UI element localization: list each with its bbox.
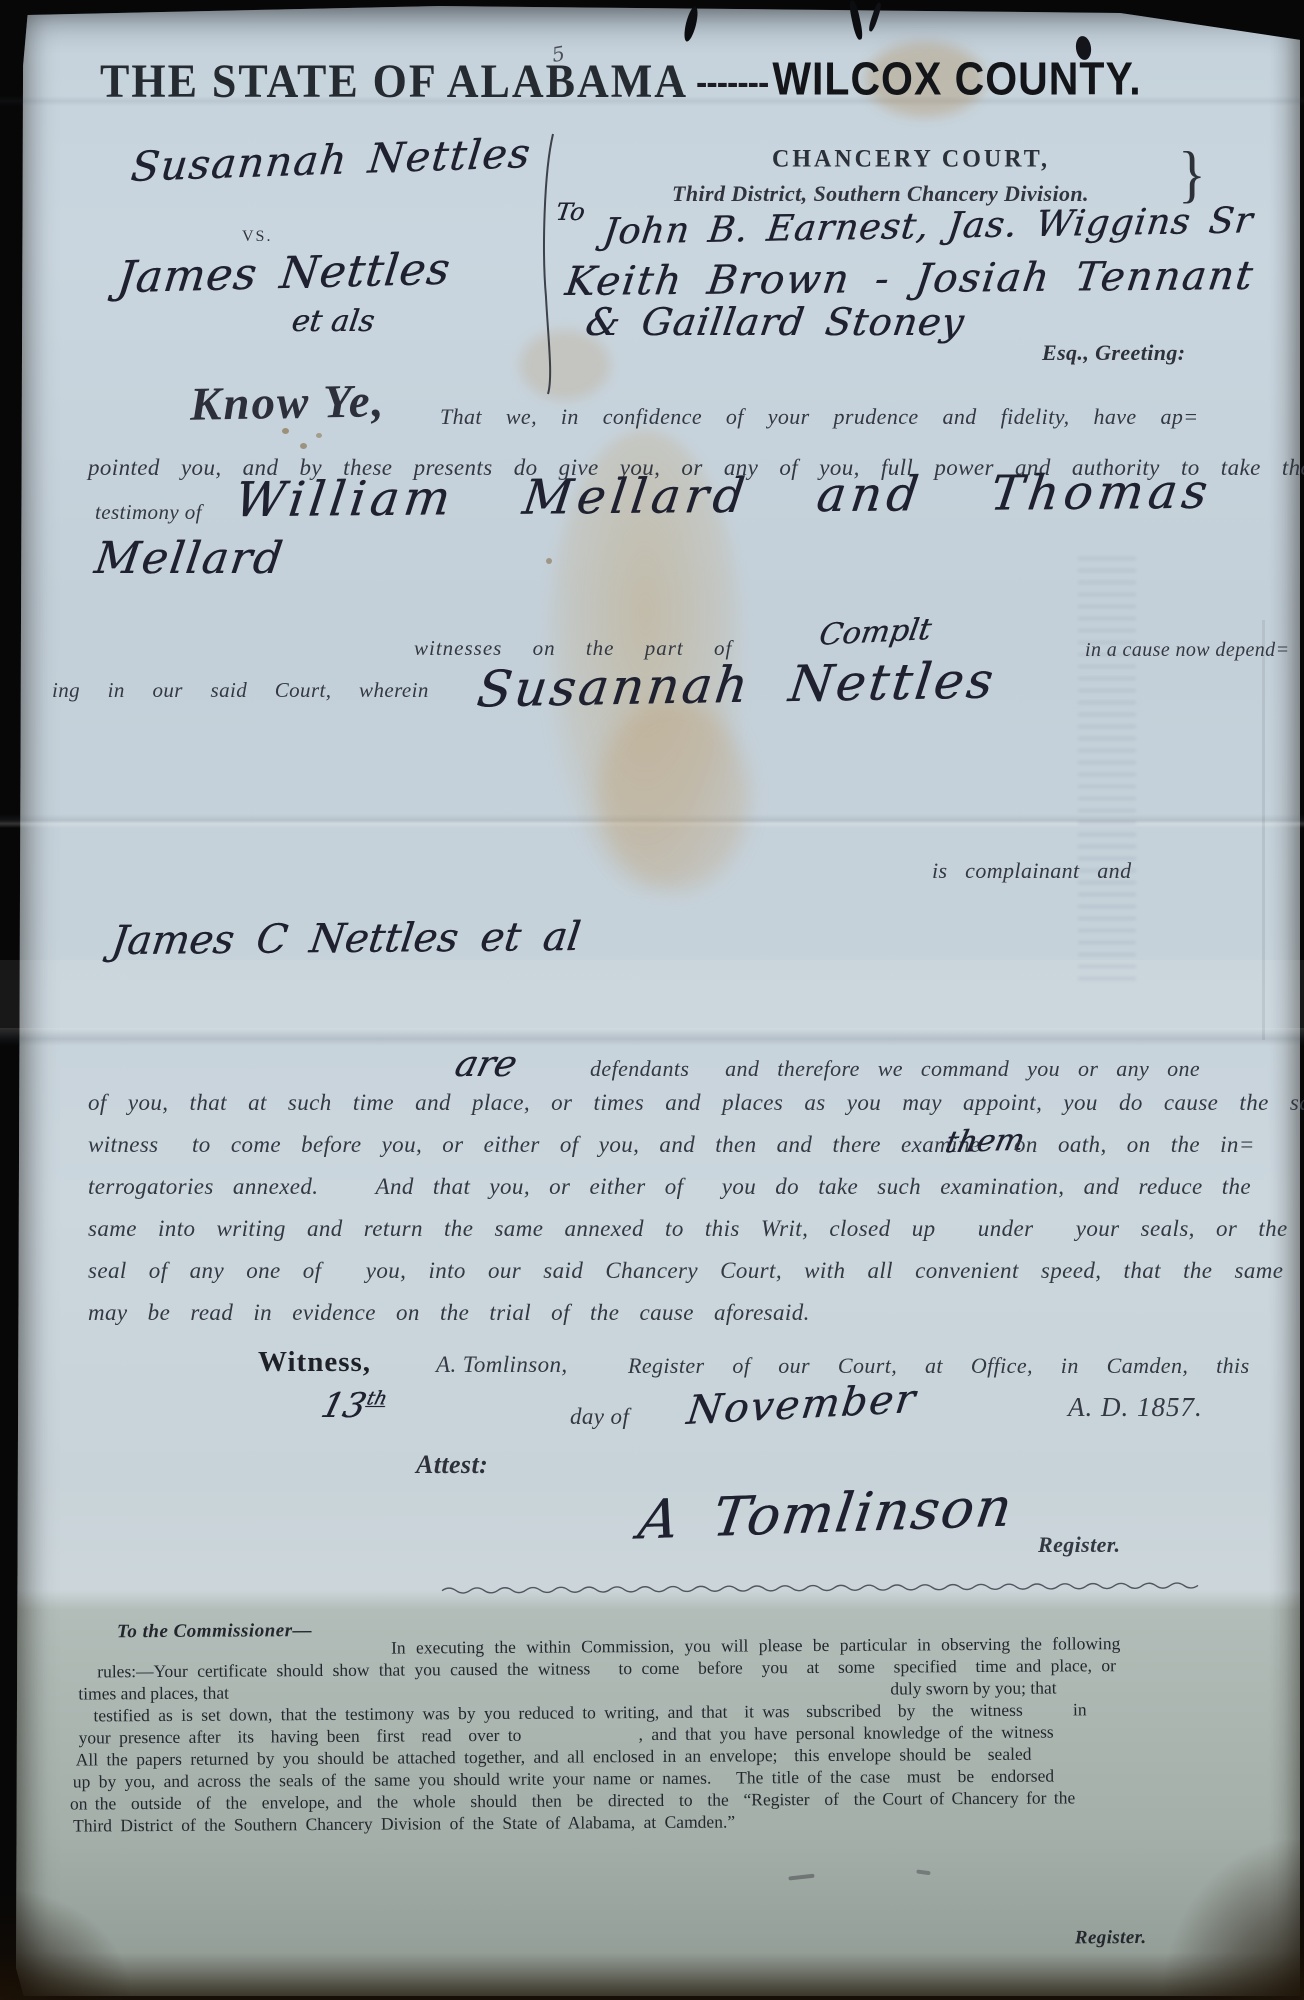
bleed-through-text [1078,550,1136,980]
day-of-label: day of [570,1404,629,1430]
complainant-name-body: Susannah Nettles [474,651,999,718]
witness-label: Witness, [258,1346,371,1379]
defendants-name-body: James C Nettles et al [109,914,583,964]
header-dashes: ------- [696,64,768,103]
county-title: WILCOX COUNTY. [772,53,1141,106]
court-division: Third District, Southern Chancery Divisi… [672,181,1089,207]
ink-speck [316,433,322,438]
state-title: THE STATE OF ALABAMA [100,54,688,109]
note-line-3b: duly sworn by you; that [890,1678,1056,1700]
are-note: are [451,1044,521,1085]
register-label-bottom: Register. [1075,1927,1147,1949]
defendant-name: James Nettles [115,244,454,304]
para2-line-4: terrogatories annexed. And that you, or … [88,1174,1251,1200]
ink-speck [546,558,552,564]
note-line-9: Third District of the Southern Chancery … [73,1811,735,1836]
para2-line-1: defendants and therefore we command you … [590,1056,1200,1082]
pencil-scribble [788,1874,814,1881]
day-number: 13 [317,1386,370,1426]
para2-line-3b: to come before you, or either of you, an… [192,1132,980,1158]
day-handwritten: 13th [317,1386,390,1426]
commissioners-line2: Keith Brown - Josiah Tennant [563,253,1257,305]
note-line-3: times and places, that [78,1683,229,1705]
note-line-1: In executing the within Commission, you … [391,1633,1120,1658]
document-header: THE STATE OF ALABAMA ------- WILCOX COUN… [100,56,1142,107]
register-name: A. Tomlinson, [436,1352,568,1378]
para2-line-3c: on oath, on the in= [1014,1132,1255,1158]
year-label: A. D. 1857. [1068,1392,1203,1423]
para2-line-6: seal of any one of you, into our said Ch… [88,1258,1283,1284]
para2-line-7: may be read in evidence on the trial of … [88,1300,810,1326]
register-title: Register. [1038,1532,1120,1558]
register-line: Register of our Court, at Office, in Cam… [628,1353,1250,1379]
case-brace [540,132,558,397]
greeting: Esq., Greeting: [1042,340,1186,366]
to-label: To [554,198,587,226]
cause-line-1: in a cause now depend= [1085,639,1289,662]
division-brace: } [1178,137,1206,211]
bottom-fold-section: To the Commissioner— In executing the wi… [0,1596,1304,2000]
ink-speck [300,443,307,449]
stain [598,700,748,890]
commissioners-line3: & Gaillard Stoney [583,300,967,344]
fold-crease [0,1028,1304,1046]
testimony-of-label: testimony of [95,500,202,525]
vs-label: VS. [242,228,272,246]
pencil-scribble [916,1869,930,1875]
complt-note: Complt [817,612,934,653]
is-complainant-label: is complainant and [932,858,1131,884]
et-als: et als [290,304,377,339]
photo-shadow-strip [0,1952,1304,2000]
para2-line-3a: witness [88,1132,159,1158]
register-signature: A Tomlinson [635,1476,1018,1552]
para2-line-5: same into writing and return the same an… [88,1216,1288,1242]
witness-names-line2: Mellard [91,533,287,584]
attest-label: Attest: [416,1450,488,1480]
commissioner-heading: To the Commissioner— [117,1620,312,1643]
scanned-legal-document: THE STATE OF ALABAMA ------- WILCOX COUN… [0,0,1304,2000]
witness-names-line1: William Mellard and Thomas [232,464,1216,529]
court-title: CHANCERY COURT, [772,145,1050,173]
para2-line-2: of you, that at such time and place, or … [88,1090,1304,1116]
body-line-1: That we, in confidence of your prudence … [440,404,1199,430]
cause-line-2: ing in our said Court, wherein [52,678,429,703]
know-ye: Know Ye, [190,374,386,431]
fold-crease [1262,620,1265,1040]
